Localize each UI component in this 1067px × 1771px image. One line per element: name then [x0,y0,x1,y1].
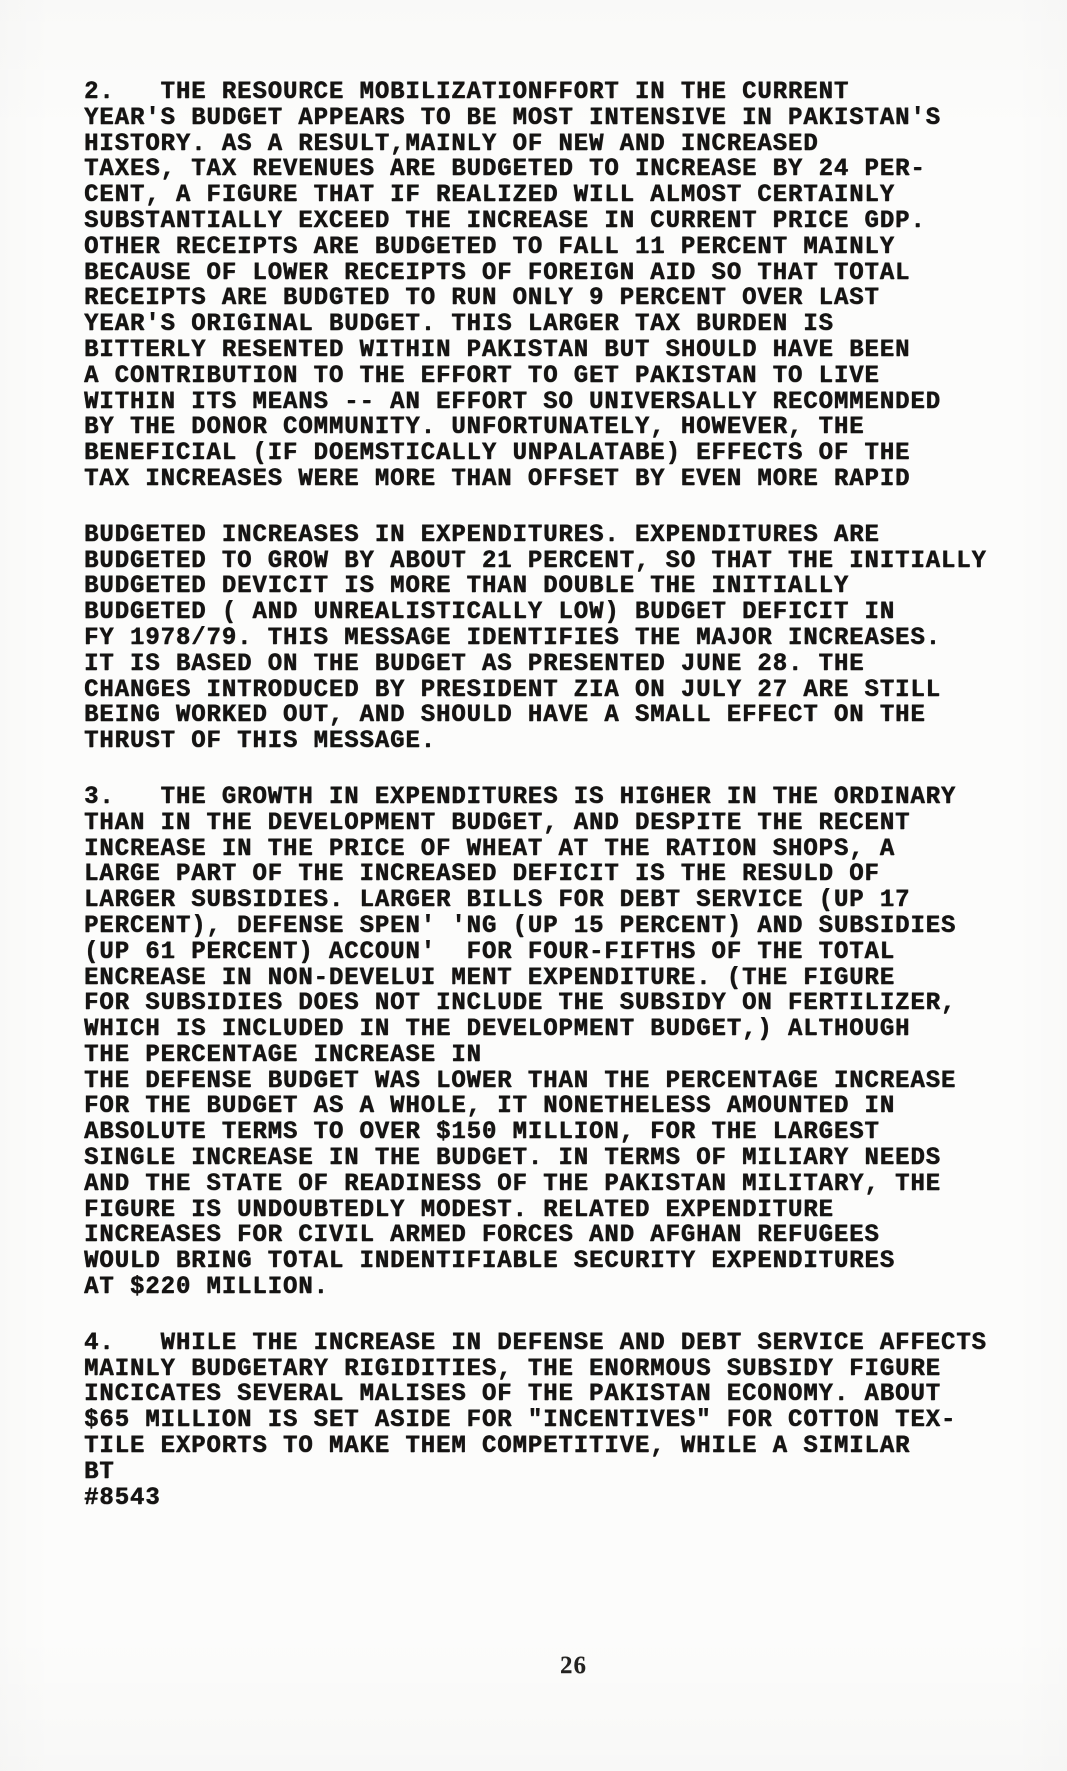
text-line: FOR SUBSIDIES DOES NOT INCLUDE THE SUBSI… [84,991,1034,1018]
paragraph-4: 4. WHILE THE INCREASE IN DEFENSE AND DEB… [84,1331,1034,1512]
text-line: WITHIN ITS MEANS -- AN EFFORT SO UNIVERS… [84,389,1034,416]
text-line: CHANGES INTRODUCED BY PRESIDENT ZIA ON J… [84,677,1034,704]
text-line: LARGE PART OF THE INCREASED DEFICIT IS T… [84,862,1034,889]
text-line: THE PERCENTAGE INCREASE IN [84,1042,1034,1069]
text-line: THAN IN THE DEVELOPMENT BUDGET, AND DESP… [84,810,1034,837]
text-line: BECAUSE OF LOWER RECEIPTS OF FOREIGN AID… [84,260,1034,287]
page-number: 26 [560,1652,587,1680]
text-line: BT [84,1459,1034,1486]
text-line: YEAR'S BUDGET APPEARS TO BE MOST INTENSI… [84,105,1034,132]
text-line: SINGLE INCREASE IN THE BUDGET. IN TERMS … [84,1146,1034,1173]
text-line: THE DEFENSE BUDGET WAS LOWER THAN THE PE… [84,1068,1034,1095]
text-line: WOULD BRING TOTAL INDENTIFIABLE SECURITY… [84,1249,1034,1276]
text-line: BEING WORKED OUT, AND SHOULD HAVE A SMAL… [84,703,1034,730]
paragraph-2-continued: BUDGETED INCREASES IN EXPENDITURES. EXPE… [84,523,1034,755]
text-line: INCREASES FOR CIVIL ARMED FORCES AND AFG… [84,1223,1034,1250]
text-line: CENT, A FIGURE THAT IF REALIZED WILL ALM… [84,183,1034,210]
paragraph-2: 2. THE RESOURCE MOBILIZATIONFFORT IN THE… [84,80,1034,493]
text-line: INCICATES SEVERAL MALISES OF THE PAKISTA… [84,1382,1034,1409]
text-line: RECEIPTS ARE BUDGTED TO RUN ONLY 9 PERCE… [84,286,1034,313]
text-line: BUDGETED TO GROW BY ABOUT 21 PERCENT, SO… [84,548,1034,575]
text-line: IT IS BASED ON THE BUDGET AS PRESENTED J… [84,651,1034,678]
text-line: HISTORY. AS A RESULT,MAINLY OF NEW AND I… [84,131,1034,158]
text-line: BENEFICIAL (IF DOEMSTICALLY UNPALATABE) … [84,441,1034,468]
text-line: MAINLY BUDGETARY RIGIDITIES, THE ENORMOU… [84,1356,1034,1383]
document-text: 2. THE RESOURCE MOBILIZATIONFFORT IN THE… [84,80,1034,1541]
text-line: BY THE DONOR COMMUNITY. UNFORTUNATELY, H… [84,415,1034,442]
text-line: ABSOLUTE TERMS TO OVER $150 MILLION, FOR… [84,1120,1034,1147]
text-line: WHICH IS INCLUDED IN THE DEVELOPMENT BUD… [84,1017,1034,1044]
text-line: FOR THE BUDGET AS A WHOLE, IT NONETHELES… [84,1094,1034,1121]
text-line: FIGURE IS UNDOUBTEDLY MODEST. RELATED EX… [84,1197,1034,1224]
text-line: TAX INCREASES WERE MORE THAN OFFSET BY E… [84,466,1034,493]
scanned-document-page: 2. THE RESOURCE MOBILIZATIONFFORT IN THE… [0,0,1067,1771]
text-line: 3. THE GROWTH IN EXPENDITURES IS HIGHER … [84,784,1034,811]
text-line: 2. THE RESOURCE MOBILIZATIONFFORT IN THE… [84,79,1034,106]
text-line: BITTERLY RESENTED WITHIN PAKISTAN BUT SH… [84,337,1034,364]
text-line: LARGER SUBSIDIES. LARGER BILLS FOR DEBT … [84,888,1034,915]
text-line: ENCREASE IN NON-DEVELUI MENT EXPENDITURE… [84,965,1034,992]
text-line: OTHER RECEIPTS ARE BUDGETED TO FALL 11 P… [84,234,1034,261]
paragraph-3: 3. THE GROWTH IN EXPENDITURES IS HIGHER … [84,785,1034,1301]
text-line: AND THE STATE OF READINESS OF THE PAKIST… [84,1171,1034,1198]
text-line: (UP 61 PERCENT) ACCOUN' FOR FOUR-FIFTHS … [84,939,1034,966]
text-line: A CONTRIBUTION TO THE EFFORT TO GET PAKI… [84,363,1034,390]
text-line: PERCENT), DEFENSE SPEN' 'NG (UP 15 PERCE… [84,913,1034,940]
text-line: TAXES, TAX REVENUES ARE BUDGETED TO INCR… [84,157,1034,184]
text-line: 4. WHILE THE INCREASE IN DEFENSE AND DEB… [84,1330,1034,1357]
text-line: $65 MILLION IS SET ASIDE FOR "INCENTIVES… [84,1408,1034,1435]
text-line: FY 1978/79. THIS MESSAGE IDENTIFIES THE … [84,625,1034,652]
text-line: #8543 [84,1485,1034,1512]
text-line: INCREASE IN THE PRICE OF WHEAT AT THE RA… [84,836,1034,863]
text-line: THRUST OF THIS MESSAGE. [84,729,1034,756]
text-line: AT $220 MILLION. [84,1275,1034,1302]
text-line: YEAR'S ORIGINAL BUDGET. THIS LARGER TAX … [84,312,1034,339]
text-line: SUBSTANTIALLY EXCEED THE INCREASE IN CUR… [84,208,1034,235]
text-line: BUDGETED DEVICIT IS MORE THAN DOUBLE THE… [84,574,1034,601]
text-line: TILE EXPORTS TO MAKE THEM COMPETITIVE, W… [84,1434,1034,1461]
text-line: BUDGETED ( AND UNREALISTICALLY LOW) BUDG… [84,600,1034,627]
text-line: BUDGETED INCREASES IN EXPENDITURES. EXPE… [84,522,1034,549]
